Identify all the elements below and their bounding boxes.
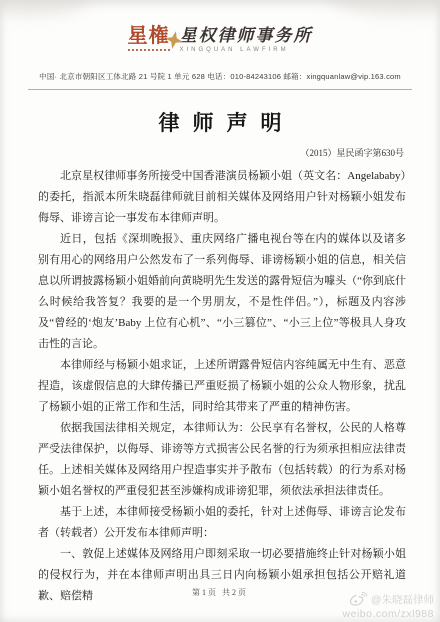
statement-body: 北京星权律师事务所接受中国香港演员杨颖小姐（英文名：Angelababy）的委托… [0,166,440,607]
weibo-watermark-handle-row: @朱晓磊律师 [348,592,434,608]
weibo-handle: @朱晓磊律师 [371,595,434,606]
statement-paragraph: 北京星权律师事务所接受中国香港演员杨颖小姐（英文名：Angelababy）的委托… [38,166,406,229]
document-number: （2015）星民函字第630号 [0,146,440,159]
firm-name-english: XINGQUAN LAWFIRM [180,47,313,53]
document-title: 律师声明 [0,107,440,137]
lawyer-statement-page: 星権 星权律师事务所 XINGQUAN LAWFIRM 中国· 北京市朝阳区工体… [0,0,440,622]
firm-names: 星权律师事务所 XINGQUAN LAWFIRM [180,24,313,53]
firm-logo-mark: 星権 [128,24,170,51]
weibo-watermark: @朱晓磊律师 weibo.com/zxl988 [343,592,434,620]
weibo-url: weibo.com/zxl988 [343,609,434,620]
firm-logo-mark-text: 星権 [128,25,170,47]
weibo-icon [348,592,368,608]
firm-name-chinese: 星权律师事务所 [180,26,313,45]
firm-logo: 星権 星权律师事务所 XINGQUAN LAWFIRM [0,24,440,64]
statement-paragraph: 基于上述，本律师接受杨颖小姐的委托，针对上述侮辱、诽谤言论发布者（转载者）公开发… [38,502,406,544]
statement-paragraph: 本律师经与杨颖小姐求证，上述所谓露骨短信内容纯属无中生有、恶意捏造，该虚假信息的… [38,355,406,418]
firm-logo-mark-subline [128,49,170,51]
header-divider [28,89,412,90]
statement-paragraph: 依据我国法律相关规定，本律师认为：公民享有名誉权，公民的人格尊严受法律保护，以侮… [38,418,406,502]
firm-contact-line: 中国· 北京市朝阳区工体北路 21 号院 1 单元 628 电话：010-842… [0,71,440,82]
statement-paragraph: 近日，包括《深圳晚报》、重庆网络广播电视台等在内的媒体以及诸多别有用心的网络用户… [38,229,406,355]
